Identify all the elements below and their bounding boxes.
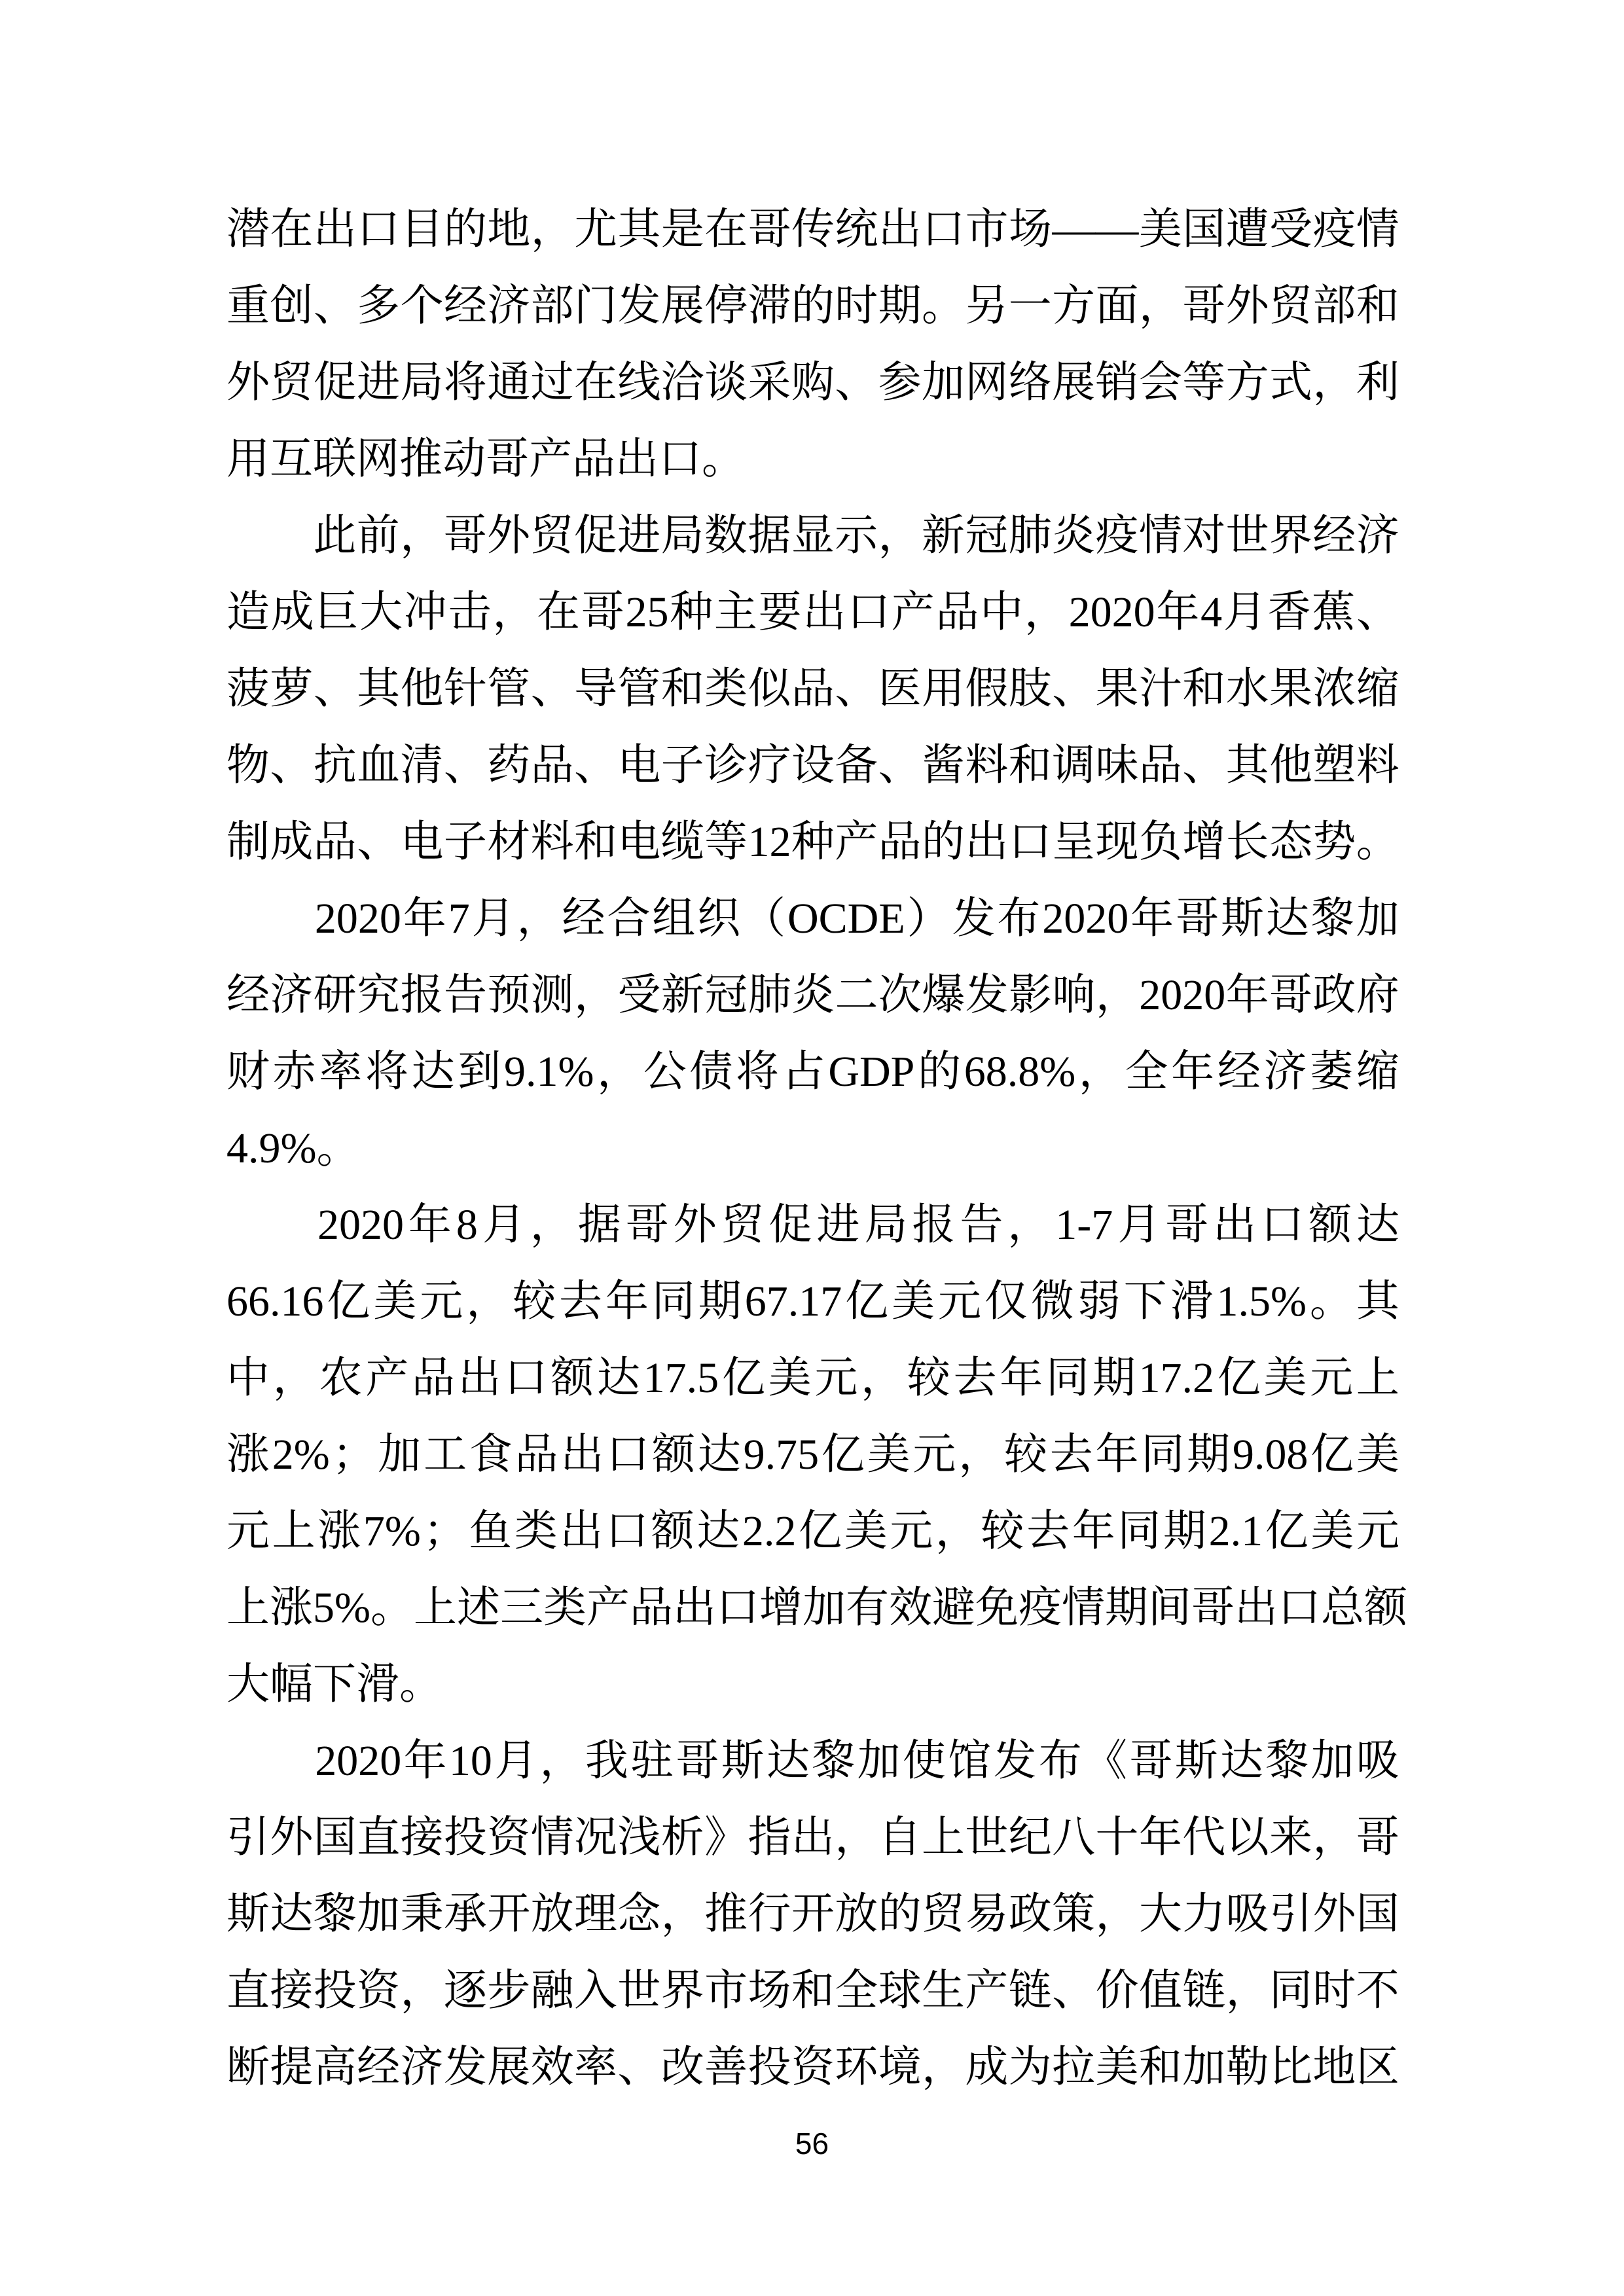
cjk-char: 滞	[748, 268, 791, 344]
latin-word: 2020	[1069, 574, 1155, 651]
cjk-char: 展	[1052, 344, 1095, 421]
cjk-char: 涨	[270, 1570, 313, 1646]
cjk-char: 遭	[1226, 191, 1269, 268]
cjk-char: 加	[378, 1416, 421, 1493]
cjk-char: 方	[1052, 268, 1095, 344]
cjk-char: 场	[748, 1952, 791, 2029]
cjk-char: 地	[487, 191, 530, 268]
cjk-char: 、	[835, 344, 878, 421]
cjk-char: 链	[1009, 1952, 1052, 2029]
cjk-char: 步	[487, 1952, 530, 2029]
cjk-char: 布	[1039, 1723, 1082, 1799]
latin-word: 2020	[317, 1187, 404, 1263]
latin-word: 5%	[313, 1570, 370, 1646]
cjk-char: ，	[958, 1416, 1001, 1493]
latin-word: 1-7	[1055, 1187, 1113, 1263]
cjk-char: 额	[1364, 1570, 1407, 1646]
cjk-char: ，	[1079, 1033, 1122, 1110]
cjk-char: ，	[1024, 574, 1068, 651]
cjk-char: 其	[357, 651, 400, 727]
cjk-char: 微	[1031, 1263, 1074, 1340]
cjk-char: 国	[1356, 1876, 1399, 1952]
cjk-char: 品	[572, 421, 615, 497]
cjk-char: ，	[400, 497, 443, 574]
cjk-char: 放	[531, 1876, 574, 1952]
cjk-char: 率	[319, 1033, 362, 1110]
cjk-char: 络	[1009, 344, 1052, 421]
cjk-char: 境	[878, 2029, 922, 2106]
cjk-char: 料	[1356, 727, 1399, 804]
cjk-char: 疫	[1095, 497, 1138, 574]
cjk-char: 他	[1269, 727, 1312, 804]
cjk-char: 滑	[356, 1646, 399, 1723]
cjk-char: 有	[846, 1570, 889, 1646]
cjk-char: 贸	[1269, 268, 1312, 344]
cjk-char: 在	[704, 191, 748, 268]
latin-word: GDP	[828, 1033, 914, 1110]
cjk-char: 较	[907, 1340, 950, 1416]
cjk-char: 引	[1269, 1876, 1312, 1952]
cjk-char: 汁	[1139, 651, 1182, 727]
cjk-char: 馆	[948, 1723, 991, 1799]
cjk-char: 的	[922, 804, 965, 880]
cjk-char: 造	[226, 574, 270, 651]
cjk-char: 要	[759, 574, 802, 651]
cjk-char: 易	[965, 1876, 1008, 1952]
cjk-char: 年	[1130, 880, 1174, 957]
cjk-char: 亿	[1310, 1416, 1354, 1493]
cjk-char: 种	[670, 574, 713, 651]
cjk-char: 世	[965, 1799, 1008, 1876]
cjk-char: 和	[791, 1952, 835, 2029]
cjk-char: 部	[1312, 268, 1356, 344]
cjk-char: 美	[892, 1263, 935, 1340]
cjk-char: 市	[704, 1952, 748, 2029]
cjk-char: 产	[892, 574, 935, 651]
cjk-char: 亿	[722, 1340, 765, 1416]
cjk-char: 拉	[1052, 2029, 1095, 2106]
cjk-char: 个	[401, 268, 444, 344]
cjk-char: 品	[791, 651, 835, 727]
cjk-char: 月	[482, 1187, 526, 1263]
cjk-char: 数	[704, 497, 748, 574]
latin-word: 17.2	[1138, 1340, 1214, 1416]
latin-word: 8	[456, 1187, 478, 1263]
cjk-char: 炎	[1052, 497, 1095, 574]
cjk-char: 前	[357, 497, 400, 574]
text-line: 元上涨7%；鱼类出口额达2.2亿美元，较去年同期2.1亿美元	[226, 1493, 1399, 1570]
cjk-char: 方	[1226, 344, 1269, 421]
cjk-char: 美	[867, 1416, 911, 1493]
cjk-char: 市	[965, 191, 1009, 268]
cjk-char: 上	[922, 1799, 965, 1876]
cjk-char: 年	[1000, 1340, 1043, 1416]
cjk-char: 力	[1182, 1876, 1225, 1952]
cjk-char: ，	[861, 1340, 904, 1416]
cjk-char: 免	[975, 1570, 1019, 1646]
cjk-char: 萎	[1310, 1033, 1353, 1110]
text-line: 2020年10月，我驻哥斯达黎加使馆发布《哥斯达黎加吸	[226, 1723, 1399, 1799]
cjk-char: 产	[586, 1570, 630, 1646]
cjk-char: 部	[531, 268, 574, 344]
text-line: 中，农产品出口额达17.5亿美元，较去年同期17.2亿美元上	[226, 1340, 1399, 1416]
cjk-char: 同	[1141, 1416, 1184, 1493]
cjk-char: 月	[472, 880, 515, 957]
cjk-char: 品	[531, 727, 574, 804]
cjk-char: 抗	[314, 727, 357, 804]
cjk-char: 推	[399, 421, 442, 497]
paragraph-indent	[226, 918, 313, 919]
cjk-char: 产	[835, 804, 878, 880]
paragraph-indent	[226, 1225, 313, 1225]
cjk-char: 产	[529, 421, 572, 497]
cjk-char: ，	[1096, 957, 1139, 1033]
cjk-char: 情	[1062, 1570, 1105, 1646]
cjk-char: 出	[615, 421, 659, 497]
cjk-char: 、	[314, 651, 357, 727]
cjk-char: 产	[365, 1340, 408, 1416]
cjk-char: 来	[1269, 1799, 1312, 1876]
cjk-char: 和	[574, 804, 617, 880]
cjk-char: 弱	[1077, 1263, 1121, 1340]
cjk-char: 水	[1226, 651, 1269, 727]
cjk-char: 述	[457, 1570, 500, 1646]
cjk-char: 口	[1278, 1570, 1321, 1646]
cjk-char: 农	[319, 1340, 362, 1416]
cjk-char: 逐	[444, 1952, 487, 2029]
latin-word: 4.9%	[226, 1110, 316, 1187]
cjk-char: 年	[404, 1723, 447, 1799]
latin-word: 1.5%	[1217, 1263, 1307, 1340]
cjk-char: 似	[748, 651, 791, 727]
cjk-char: 势	[1312, 804, 1356, 880]
latin-word: 2020	[315, 880, 401, 957]
cjk-char: 界	[1269, 497, 1312, 574]
cjk-char: 将	[444, 344, 487, 421]
cjk-char: 国	[314, 1799, 357, 1876]
cjk-char: 资	[487, 1799, 530, 1876]
cjk-char: 导	[574, 651, 617, 727]
text-line: 经济研究报告预测，受新冠肺炎二次爆发影响，2020年哥政府	[226, 957, 1399, 1033]
cjk-char: 承	[444, 1876, 487, 1952]
cjk-char: 会	[1139, 344, 1182, 421]
latin-word: 7	[448, 880, 470, 957]
cjk-char: 府	[1356, 957, 1399, 1033]
cjk-char: 。	[316, 1110, 359, 1187]
text-line: 涨2%；加工食品出口额达9.75亿美元，较去年同期9.08亿美	[226, 1416, 1399, 1493]
cjk-char: 目	[401, 191, 444, 268]
cjk-char: 成	[270, 804, 313, 880]
cjk-char: ，	[597, 1033, 640, 1110]
cjk-char: 直	[357, 1799, 400, 1876]
cjk-char: 为	[1009, 2029, 1052, 2106]
cjk-char: 香	[1268, 574, 1311, 651]
cjk-char: ，	[1096, 1876, 1139, 1952]
cjk-char: 统	[835, 191, 878, 268]
cjk-char: 元	[226, 1493, 270, 1570]
cjk-char: 入	[574, 1952, 617, 2029]
cjk-char: 贸	[721, 1187, 765, 1263]
cjk-char: 债	[689, 1033, 732, 1110]
em-dash: ——	[1052, 191, 1138, 268]
cjk-char: 成	[965, 2029, 1008, 2106]
cjk-char: 效	[531, 2029, 574, 2106]
cjk-char: ，	[531, 191, 574, 268]
cjk-char: 断	[226, 2029, 270, 2106]
cjk-char: 资	[791, 2029, 835, 2106]
cjk-char: 加	[857, 1723, 901, 1799]
cjk-char: 融	[531, 1952, 574, 2029]
cjk-char: 我	[585, 1723, 628, 1799]
cjk-char: 口	[659, 421, 702, 497]
cjk-char: 子	[444, 804, 487, 880]
cjk-char: 济	[487, 268, 530, 344]
cjk-char: 元	[1356, 1493, 1399, 1570]
cjk-char: 多	[357, 268, 400, 344]
cjk-char: 吸	[1226, 1876, 1269, 1952]
cjk-char: 亿	[845, 1263, 888, 1340]
cjk-char: 口	[357, 191, 400, 268]
cjk-char: 管	[487, 651, 530, 727]
text-line: 上涨5%。上述三类产品出口增加有效避免疫情期间哥出口总额	[226, 1570, 1399, 1646]
cjk-char: 黎	[1265, 1723, 1308, 1799]
cjk-char: 析	[661, 1799, 704, 1876]
cjk-char: 上	[226, 1570, 270, 1646]
cjk-char: 爆	[922, 957, 965, 1033]
latin-word: 67.17	[745, 1263, 842, 1340]
latin-word: 68.8%	[964, 1033, 1075, 1110]
latin-word: 2.2	[742, 1493, 797, 1570]
cjk-char: 十	[1096, 1799, 1139, 1876]
cjk-char: 、	[1356, 574, 1399, 651]
cjk-char: ，	[517, 880, 560, 957]
cjk-char: 口	[1261, 1187, 1304, 1263]
cjk-char: 美	[844, 1493, 888, 1570]
cjk-char: 吸	[1356, 1723, 1399, 1799]
cjk-char: 门	[574, 268, 617, 344]
cjk-char: 贸	[530, 497, 573, 574]
cjk-char: 时	[1312, 1952, 1356, 2029]
cjk-char: 自	[878, 1799, 922, 1876]
cjk-char: 额	[550, 1340, 594, 1416]
text-line: 2020年8月，据哥外贸促进局报告，1-7月哥出口额达	[226, 1187, 1399, 1263]
cjk-char: 》	[704, 1799, 748, 1876]
cjk-char: 去	[559, 1263, 602, 1340]
cjk-char: 参	[878, 344, 922, 421]
cjk-char: 加	[357, 1876, 400, 1952]
cjk-char: 疫	[1312, 191, 1356, 268]
cjk-char: 经	[1312, 497, 1356, 574]
cjk-char: 口	[922, 191, 965, 268]
cjk-char: 促	[769, 1187, 812, 1263]
cjk-char: 品	[412, 1340, 455, 1416]
cjk-char: 呈	[1052, 804, 1095, 880]
cjk-char: 示	[835, 497, 878, 574]
cjk-char: 受	[1269, 191, 1312, 268]
cjk-char: 年	[1072, 1493, 1115, 1570]
cjk-char: 报	[401, 957, 444, 1033]
cjk-char: 界	[661, 1952, 704, 2029]
cjk-char: 外	[270, 1799, 313, 1876]
cjk-char: ，	[1139, 268, 1182, 344]
cjk-char: 将	[365, 1033, 408, 1110]
cjk-char: 次	[878, 957, 922, 1033]
cjk-char: ）	[907, 880, 950, 957]
cjk-char: 黎	[314, 1876, 357, 1952]
cjk-char: 美	[1310, 1493, 1354, 1570]
cjk-char: 元	[890, 1493, 933, 1570]
cjk-char: 年	[1156, 574, 1199, 651]
cjk-char: 组	[652, 880, 695, 957]
cjk-char: 哥	[1182, 268, 1225, 344]
cjk-char: 缩	[1356, 651, 1399, 727]
cjk-char: 品	[1139, 727, 1182, 804]
cjk-char: 和	[1356, 268, 1399, 344]
cjk-char: 冠	[965, 497, 1008, 574]
cjk-char: 促	[574, 497, 617, 574]
cjk-char: 幅	[270, 1646, 313, 1723]
cjk-char: 他	[401, 651, 444, 727]
cjk-char: 进	[617, 497, 660, 574]
cjk-char: 达	[270, 1876, 313, 1952]
cjk-char: 展	[661, 268, 704, 344]
cjk-char: 浓	[1312, 651, 1356, 727]
cjk-char: 品	[314, 804, 357, 880]
cjk-char: 其	[1356, 1263, 1399, 1340]
cjk-char: 、	[1182, 727, 1225, 804]
cjk-char: 哥	[676, 1723, 719, 1799]
cjk-char: 诊	[704, 727, 748, 804]
cjk-char: 口	[606, 1416, 649, 1493]
cjk-char: 哥	[626, 1187, 669, 1263]
cjk-char: 经	[357, 2029, 400, 2106]
cjk-char: 元	[1310, 1340, 1353, 1416]
cjk-char: 在	[574, 344, 617, 421]
cjk-char: 出	[560, 1416, 604, 1493]
cjk-char: 年	[1096, 1416, 1139, 1493]
cjk-char: 产	[965, 1952, 1008, 2029]
cjk-char: 另	[965, 268, 1008, 344]
cjk-char: 肺	[748, 957, 791, 1033]
cjk-char: 仅	[984, 1263, 1028, 1340]
cjk-char: 和	[661, 651, 704, 727]
cjk-char: 巨	[315, 574, 358, 651]
cjk-char: 三	[500, 1570, 543, 1646]
cjk-char: 。	[922, 268, 965, 344]
cjk-char: 推	[704, 1876, 748, 1952]
cjk-char: 主	[714, 574, 757, 651]
cjk-char: 、	[574, 727, 617, 804]
cjk-char: 期	[1187, 1416, 1230, 1493]
cjk-char: 出	[673, 1570, 716, 1646]
cjk-char: 引	[226, 1799, 270, 1876]
cjk-char: 类	[543, 1570, 586, 1646]
latin-word: 25	[625, 574, 668, 651]
cjk-char: 大	[1139, 1876, 1182, 1952]
cjk-char: 政	[1009, 1876, 1052, 1952]
cjk-char: 其	[618, 191, 661, 268]
cjk-char: 经	[226, 957, 270, 1033]
cjk-char: 用	[922, 651, 965, 727]
cjk-char: 美	[1139, 191, 1182, 268]
cjk-char: 去	[1026, 1493, 1070, 1570]
cjk-char: ，	[922, 2029, 965, 2106]
text-line: 66.16亿美元，较去年同期67.17亿美元仅微弱下滑1.5%。其	[226, 1263, 1399, 1340]
cjk-char: 济	[401, 2029, 444, 2106]
cjk-char: 击	[448, 574, 492, 651]
cjk-char: 不	[1356, 1952, 1399, 2029]
text-block: 潜在出口目的地，尤其是在哥传统出口市场——美国遭受疫情重创、多个经济部门发展停滞…	[226, 191, 1399, 2106]
cjk-char: ，	[1007, 1187, 1051, 1263]
cjk-char: 。	[399, 1646, 442, 1723]
cjk-char: 接	[270, 1952, 313, 2029]
text-line: 潜在出口目的地，尤其是在哥传统出口市场——美国遭受疫情	[226, 191, 1399, 268]
latin-word: 12	[748, 804, 791, 880]
cjk-char: 态	[1269, 804, 1312, 880]
cjk-char: 冲	[404, 574, 447, 651]
cjk-char: 医	[878, 651, 922, 727]
cjk-char: 月	[494, 1723, 537, 1799]
cjk-char: 、	[1052, 1952, 1095, 2029]
cjk-char: 电	[617, 804, 660, 880]
cjk-char: 经	[562, 880, 605, 957]
cjk-char: 率	[574, 2029, 617, 2106]
cjk-char: 用	[226, 421, 270, 497]
cjk-char: 年	[1139, 1799, 1182, 1876]
cjk-char: 纪	[1009, 1799, 1052, 1876]
cjk-char: 出	[791, 1799, 835, 1876]
cjk-char: 经	[1218, 1033, 1261, 1110]
cjk-char: 等	[704, 804, 748, 880]
cjk-char: 避	[932, 1570, 975, 1646]
cjk-char: 上	[414, 1570, 457, 1646]
cjk-char: 出	[560, 1493, 603, 1570]
cjk-char: 时	[835, 268, 878, 344]
cjk-char: 利	[1356, 344, 1399, 421]
cjk-char: 期	[1092, 1340, 1136, 1416]
cjk-char: 和	[1182, 651, 1225, 727]
text-line: 菠萝、其他针管、导管和类似品、医用假肢、果汁和水果浓缩	[226, 651, 1399, 727]
text-line: 财赤率将达到9.1%，公债将占GDP的68.8%，全年经济萎缩	[226, 1033, 1399, 1110]
cjk-char: 加	[803, 1570, 846, 1646]
cjk-char: ，	[539, 1723, 583, 1799]
cjk-char: 哥	[1356, 1799, 1399, 1876]
cjk-char: 年	[1226, 957, 1269, 1033]
cjk-char: 代	[1182, 1799, 1225, 1876]
cjk-char: 投	[444, 1799, 487, 1876]
cjk-char: 工	[424, 1416, 467, 1493]
cjk-char: 美	[768, 1340, 812, 1416]
cjk-char: 哥	[1176, 880, 1219, 957]
cjk-char: 黎	[1311, 880, 1354, 957]
cjk-char: 到	[458, 1033, 501, 1110]
cjk-char: 品	[630, 1570, 673, 1646]
cjk-char: 效	[889, 1570, 932, 1646]
cjk-char: 出	[458, 1340, 501, 1416]
cjk-char: 蕉	[1312, 574, 1355, 651]
cjk-char: ，	[835, 1799, 878, 1876]
cjk-char: 哥	[486, 421, 529, 497]
cjk-char: 二	[835, 957, 878, 1033]
cjk-char: 同	[1046, 1340, 1089, 1416]
cjk-char: 出	[1213, 1187, 1256, 1263]
text-line: 制成品、电子材料和电缆等12种产品的出口呈现负增长态势。	[226, 804, 1399, 880]
cjk-char: 亿	[327, 1263, 370, 1340]
cjk-char: 滑	[1170, 1263, 1214, 1340]
cjk-char: 疗	[748, 727, 791, 804]
cjk-char: 显	[791, 497, 835, 574]
latin-word: 66.16	[226, 1263, 324, 1340]
